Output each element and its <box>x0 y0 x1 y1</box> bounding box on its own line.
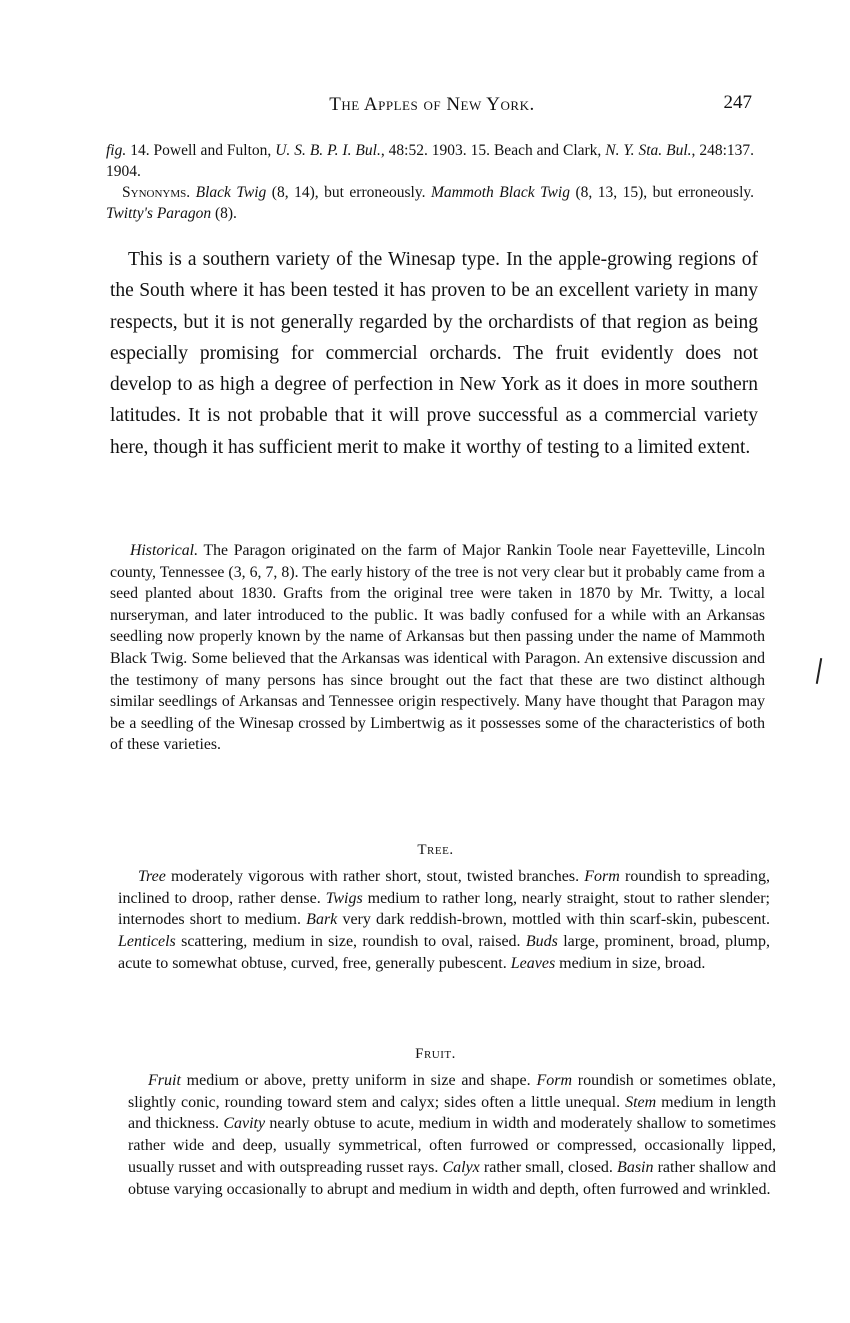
fruit-text: rather small, closed. <box>480 1159 617 1176</box>
ref-journal-1: U. S. B. P. I. Bul. <box>275 142 381 159</box>
tree-term: Leaves <box>511 955 555 972</box>
fruit-term: Basin <box>617 1159 653 1176</box>
tree-text: scattering, medium in size, roundish to … <box>176 933 526 950</box>
ref-authors: Powell and Fulton, <box>150 142 276 159</box>
fruit-description: Fruit medium or above, pretty uniform in… <box>128 1070 776 1200</box>
intro-paragraph: This is a southern variety of the Winesa… <box>110 244 758 463</box>
ref-cite-1: , 48:52. 1903. <box>381 142 471 159</box>
tree-term: Form <box>584 868 620 885</box>
tree-term: Tree <box>138 868 166 885</box>
fruit-term: Calyx <box>442 1159 479 1176</box>
ref-journal-2: N. Y. Sta. Bul. <box>605 142 691 159</box>
synonym-1: Black Twig <box>196 184 267 201</box>
running-title: The Apples of New York. <box>108 94 756 116</box>
running-head: The Apples of New York. 247 <box>108 92 756 120</box>
tree-term: Buds <box>526 933 558 950</box>
tree-paragraph: Tree moderately vigorous with rather sho… <box>118 866 770 975</box>
tree-text: very dark reddish-brown, mottled with th… <box>337 911 770 928</box>
synonym-2-cite: (8, 13, 15), but erroneously. <box>570 184 754 201</box>
synonyms: Synonyms. Black Twig (8, 14), but errone… <box>106 182 754 224</box>
reference-citations: fig. 14. Powell and Fulton, U. S. B. P. … <box>106 140 754 182</box>
references-block: fig. 14. Powell and Fulton, U. S. B. P. … <box>106 140 754 224</box>
fruit-heading: Fruit. <box>108 1046 763 1063</box>
synonym-1-cite: (8, 14), but erroneously. <box>266 184 431 201</box>
book-page: The Apples of New York. 247 fig. 14. Pow… <box>0 0 850 1323</box>
historical-block: Historical. The Paragon originated on th… <box>110 540 765 756</box>
fruit-term: Cavity <box>223 1115 265 1132</box>
intro-paragraph-block: This is a southern variety of the Winesa… <box>110 244 758 463</box>
fig-label: fig. <box>106 142 126 159</box>
tree-term: Twigs <box>326 890 363 907</box>
tree-term: Bark <box>306 911 337 928</box>
scan-artifact-mark <box>816 658 822 684</box>
tree-term: Lenticels <box>118 933 176 950</box>
tree-text: moderately vigorous with rather short, s… <box>166 868 584 885</box>
tree-text: medium in size, broad. <box>555 955 705 972</box>
ref-number-14: 14. <box>130 142 149 159</box>
synonym-2: Mammoth Black Twig <box>431 184 570 201</box>
historical-text: The Paragon originated on the farm of Ma… <box>110 542 765 753</box>
fruit-text: medium or above, pretty uniform in size … <box>181 1072 537 1089</box>
fruit-term: Form <box>536 1072 572 1089</box>
synonym-3-cite: (8). <box>211 205 237 222</box>
page-number: 247 <box>724 92 753 114</box>
historical-label: Historical. <box>130 542 198 559</box>
historical-paragraph: Historical. The Paragon originated on th… <box>110 540 765 756</box>
ref-authors-2: Beach and Clark, <box>490 142 605 159</box>
fruit-term: Stem <box>625 1094 656 1111</box>
tree-description: Tree moderately vigorous with rather sho… <box>118 866 770 975</box>
synonym-3: Twitty's Paragon <box>106 205 211 222</box>
fruit-term: Fruit <box>148 1072 181 1089</box>
fruit-paragraph: Fruit medium or above, pretty uniform in… <box>128 1070 776 1200</box>
synonyms-label: Synonyms. <box>122 184 190 201</box>
tree-heading: Tree. <box>108 842 763 859</box>
ref-number-15: 15. <box>471 142 490 159</box>
